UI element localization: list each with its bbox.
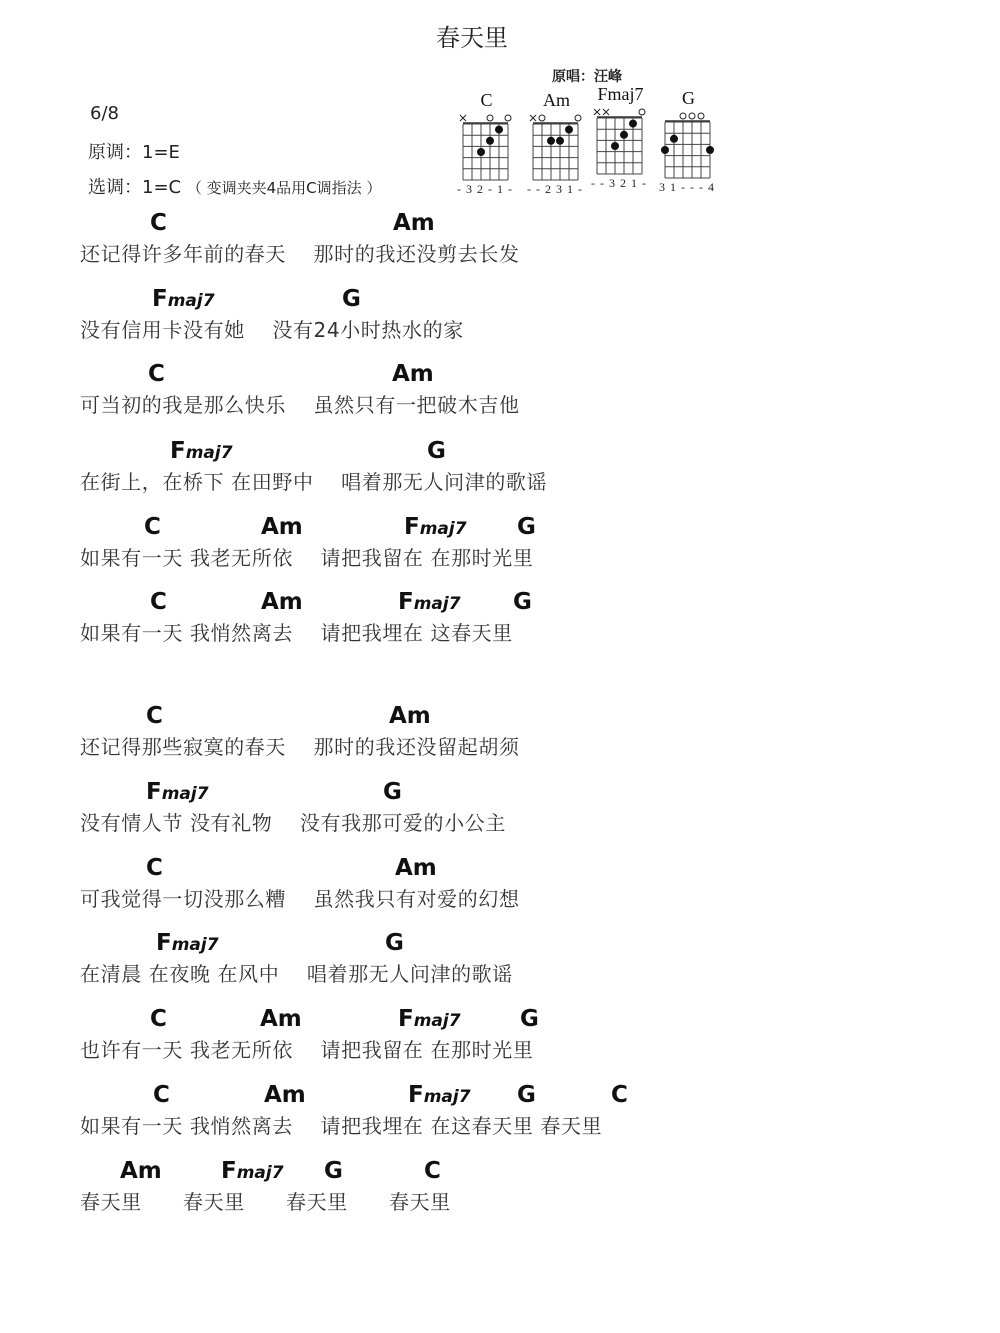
chord-root: C	[611, 1082, 628, 1108]
chord-g: G	[427, 438, 446, 464]
chord-c: C	[150, 210, 167, 236]
chord-suffix: maj7	[186, 443, 233, 463]
chord-fmaj7: Fmaj7	[170, 438, 233, 464]
chord-am: Am	[261, 514, 303, 540]
chord-root: F	[398, 589, 414, 615]
chord-fmaj7: Fmaj7	[156, 930, 219, 956]
lyric-line: 可我觉得一切没那么糟 虽然我只有对爱的幻想	[80, 883, 520, 912]
chord-root: G	[517, 1082, 536, 1108]
chord-g: G	[385, 930, 404, 956]
chord-diagram-am: Am- - 2 3 1 -	[527, 90, 586, 198]
lyric-line: 还记得许多年前的春天 那时的我还没剪去长发	[80, 238, 520, 267]
chord-root: F	[408, 1082, 424, 1108]
chord-diagram-name: G	[659, 88, 718, 109]
chord-root: F	[221, 1158, 237, 1184]
original-key: 原调：1=E	[88, 138, 180, 164]
chord-root: G	[383, 779, 402, 805]
lyric-line: 春天里 春天里 春天里 春天里	[80, 1186, 451, 1215]
lyric-line: 也许有一天 我老无所依 请把我留在 在那时光里	[80, 1034, 533, 1063]
chord-root: G	[342, 286, 361, 312]
chord-fmaj7: Fmaj7	[408, 1082, 471, 1108]
chord-fmaj7: Fmaj7	[398, 1006, 461, 1032]
chord-root: Am	[395, 855, 437, 881]
chord-diagram-g: G3 1 - - - 4	[659, 88, 718, 196]
chord-suffix: maj7	[420, 519, 467, 539]
chord-suffix: maj7	[168, 291, 215, 311]
chord-am: Am	[260, 1006, 302, 1032]
chord-root: C	[150, 589, 167, 615]
chord-root: C	[148, 361, 165, 387]
chord-fmaj7: Fmaj7	[152, 286, 215, 312]
lyric-line: 没有情人节 没有礼物 没有我那可爱的小公主	[80, 807, 506, 836]
chord-root: G	[520, 1006, 539, 1032]
chord-g: G	[520, 1006, 539, 1032]
chord-root: C	[150, 210, 167, 236]
chord-suffix: maj7	[237, 1163, 284, 1183]
chord-am: Am	[264, 1082, 306, 1108]
lyric-line: 可当初的我是那么快乐 虽然只有一把破木吉他	[80, 389, 520, 418]
chord-root: C	[153, 1082, 170, 1108]
chord-c: C	[150, 1006, 167, 1032]
chord-fmaj7: Fmaj7	[404, 514, 467, 540]
chord-g: G	[517, 514, 536, 540]
original-singer: 原唱：汪峰	[552, 66, 622, 86]
chord-c: C	[146, 855, 163, 881]
chord-g: G	[324, 1158, 343, 1184]
chord-root: G	[427, 438, 446, 464]
chord-root: F	[398, 1006, 414, 1032]
chord-root: G	[324, 1158, 343, 1184]
chord-root: F	[170, 438, 186, 464]
chosen-key-row: 选调：1=C （ 变调夹夹4品用C调指法 ）	[88, 173, 381, 199]
chord-fingering: - 3 2 - 1 -	[457, 182, 513, 197]
chord-suffix: maj7	[424, 1087, 471, 1107]
chord-fingering: 3 1 - - - 4	[659, 180, 715, 195]
lyric-line: 如果有一天 我悄然离去 请把我埋在 这春天里	[80, 617, 513, 646]
chord-root: G	[385, 930, 404, 956]
chord-root: Am	[389, 703, 431, 729]
chord-root: C	[144, 514, 161, 540]
chord-diagram-name: Fmaj7	[591, 84, 650, 105]
chosen-key: 选调：1=C	[88, 177, 181, 198]
chord-suffix: maj7	[172, 935, 219, 955]
chord-c: C	[153, 1082, 170, 1108]
chord-g: G	[342, 286, 361, 312]
chord-root: C	[424, 1158, 441, 1184]
chord-root: C	[150, 1006, 167, 1032]
chord-root: C	[146, 855, 163, 881]
song-title: 春天里	[436, 18, 508, 53]
chord-root: Am	[261, 589, 303, 615]
chord-c: C	[148, 361, 165, 387]
chord-g: G	[513, 589, 532, 615]
time-signature: 6/8	[90, 103, 119, 124]
chord-fmaj7: Fmaj7	[221, 1158, 284, 1184]
chord-root: Am	[264, 1082, 306, 1108]
chord-am: Am	[261, 589, 303, 615]
chord-am: Am	[395, 855, 437, 881]
chord-c: C	[146, 703, 163, 729]
chord-c: C	[144, 514, 161, 540]
chord-am: Am	[389, 703, 431, 729]
chord-root: C	[146, 703, 163, 729]
chord-root: F	[156, 930, 172, 956]
chord-root: F	[152, 286, 168, 312]
chord-suffix: maj7	[414, 1011, 461, 1031]
chord-diagram-c: C- 3 2 - 1 -	[457, 90, 516, 198]
chord-root: Am	[120, 1158, 162, 1184]
chord-c: C	[611, 1082, 628, 1108]
chord-root: G	[513, 589, 532, 615]
chord-g: G	[517, 1082, 536, 1108]
capo-note: （ 变调夹夹4品用C调指法 ）	[187, 179, 382, 197]
chord-root: F	[404, 514, 420, 540]
chord-diagram-name: Am	[527, 90, 586, 111]
chord-root: Am	[392, 361, 434, 387]
lyric-line: 没有信用卡没有她 没有24小时热水的家	[80, 314, 464, 343]
chord-root: Am	[393, 210, 435, 236]
chord-fmaj7: Fmaj7	[398, 589, 461, 615]
chord-suffix: maj7	[162, 784, 209, 804]
chord-diagram-fmaj7: Fmaj7- - 3 2 1 -	[591, 84, 650, 192]
chord-root: F	[146, 779, 162, 805]
chord-c: C	[424, 1158, 441, 1184]
chord-suffix: maj7	[414, 594, 461, 614]
chord-root: G	[517, 514, 536, 540]
chord-am: Am	[120, 1158, 162, 1184]
chord-g: G	[383, 779, 402, 805]
chord-diagram-name: C	[457, 90, 516, 111]
chord-am: Am	[392, 361, 434, 387]
chord-fingering: - - 3 2 1 -	[591, 176, 647, 191]
lyric-line: 如果有一天 我老无所依 请把我留在 在那时光里	[80, 542, 533, 571]
chord-fmaj7: Fmaj7	[146, 779, 209, 805]
chord-root: Am	[260, 1006, 302, 1032]
lyric-line: 在街上，在桥下 在田野中 唱着那无人问津的歌谣	[80, 466, 547, 495]
chord-fingering: - - 2 3 1 -	[527, 182, 583, 197]
lyric-line: 在清晨 在夜晚 在风中 唱着那无人问津的歌谣	[80, 958, 513, 987]
chord-c: C	[150, 589, 167, 615]
lyric-line: 还记得那些寂寞的春天 那时的我还没留起胡须	[80, 731, 520, 760]
lyric-line: 如果有一天 我悄然离去 请把我埋在 在这春天里 春天里	[80, 1110, 602, 1139]
chord-root: Am	[261, 514, 303, 540]
chord-am: Am	[393, 210, 435, 236]
